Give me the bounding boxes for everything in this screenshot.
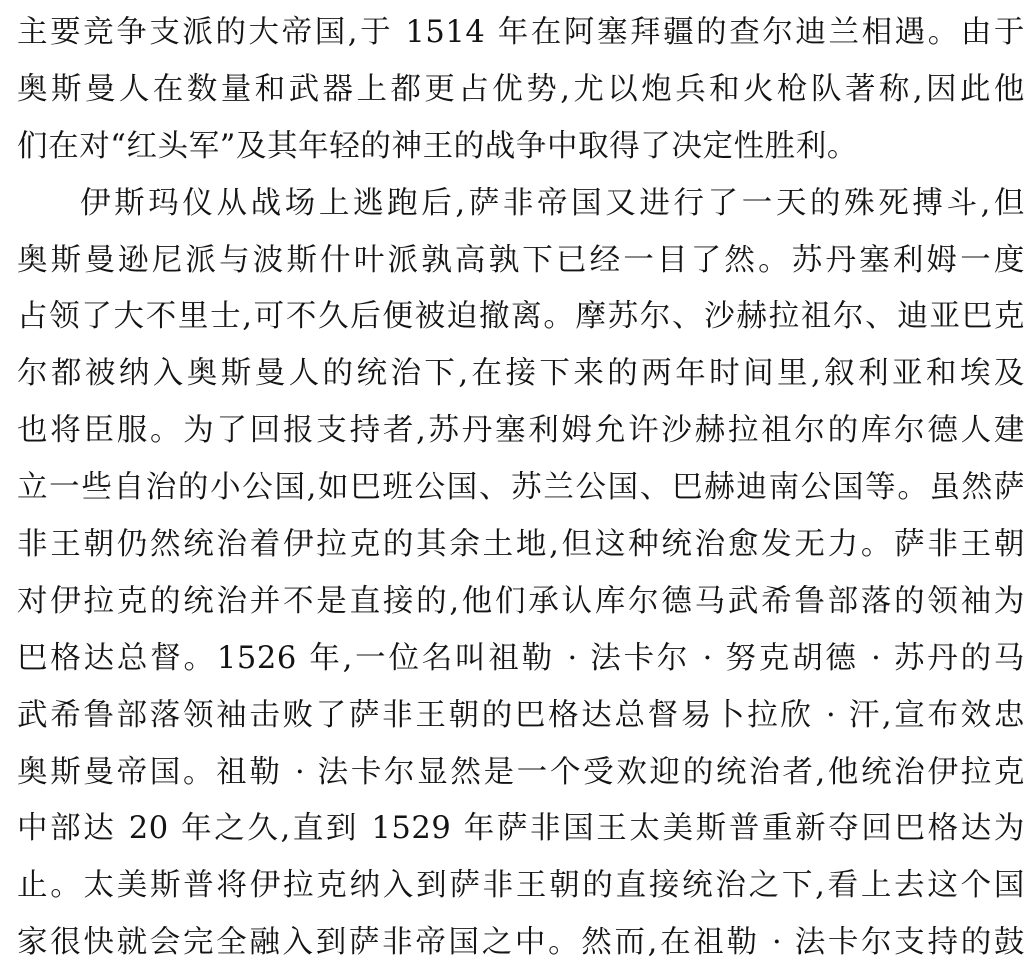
text-line: 主要竞争支派的大帝国,于 1514 年在阿塞拜疆的查尔迪兰相遇。由于 [17, 5, 1025, 62]
text-line: 巴格达总督。1526 年,一位名叫祖勒 · 法卡尔 · 努克胡德 · 苏丹的马 [17, 631, 1025, 688]
text-line: 也将臣服。为了回报支持者,苏丹塞利姆允许沙赫拉祖尔的库尔德人建 [17, 403, 1025, 460]
text-line: 们在对“红头军”及其年轻的神王的战争中取得了决定性胜利。 [17, 119, 1025, 176]
text-line: 对伊拉克的统治并不是直接的,他们承认库尔德马武希鲁部落的领袖为 [17, 574, 1025, 631]
text-line: 奥斯曼人在数量和武器上都更占优势,尤以炮兵和火枪队著称,因此他 [17, 62, 1025, 119]
text-line: 奥斯曼帝国。祖勒 · 法卡尔显然是一个受欢迎的统治者,他统治伊拉克 [17, 745, 1025, 802]
paragraph-1: 主要竞争支派的大帝国,于 1514 年在阿塞拜疆的查尔迪兰相遇。由于 奥斯曼人在… [17, 5, 1025, 176]
text-line: 武希鲁部落领袖击败了萨非王朝的巴格达总督易卜拉欣 · 汗,宣布效忠 [17, 688, 1025, 745]
text-line: 伊斯玛仪从战场上逃跑后,萨非帝国又进行了一天的殊死搏斗,但 [17, 176, 1025, 233]
text-line: 占领了大不里士,可不久后便被迫撤离。摩苏尔、沙赫拉祖尔、迪亚巴克 [17, 289, 1025, 346]
text-line: 尔都被纳入奥斯曼人的统治下,在接下来的两年时间里,叙利亚和埃及 [17, 346, 1025, 403]
text-line: 奥斯曼逊尼派与波斯什叶派孰高孰下已经一目了然。苏丹塞利姆一度 [17, 233, 1025, 290]
text-line: 中部达 20 年之久,直到 1529 年萨非国王太美斯普重新夺回巴格达为 [17, 801, 1025, 858]
text-line: 立一些自治的小公国,如巴班公国、苏兰公国、巴赫迪南公国等。虽然萨 [17, 460, 1025, 517]
paragraph-2: 伊斯玛仪从战场上逃跑后,萨非帝国又进行了一天的殊死搏斗,但 奥斯曼逊尼派与波斯什… [17, 176, 1025, 972]
text-line: 家很快就会完全融入到萨非帝国之中。然而,在祖勒 · 法卡尔支持的鼓 [17, 915, 1025, 972]
text-line: 非王朝仍然统治着伊拉克的其余土地,但这种统治愈发无力。萨非王朝 [17, 517, 1025, 574]
text-line: 止。太美斯普将伊拉克纳入到萨非王朝的直接统治之下,看上去这个国 [17, 858, 1025, 915]
document-page: 主要竞争支派的大帝国,于 1514 年在阿塞拜疆的查尔迪兰相遇。由于 奥斯曼人在… [17, 5, 1025, 972]
